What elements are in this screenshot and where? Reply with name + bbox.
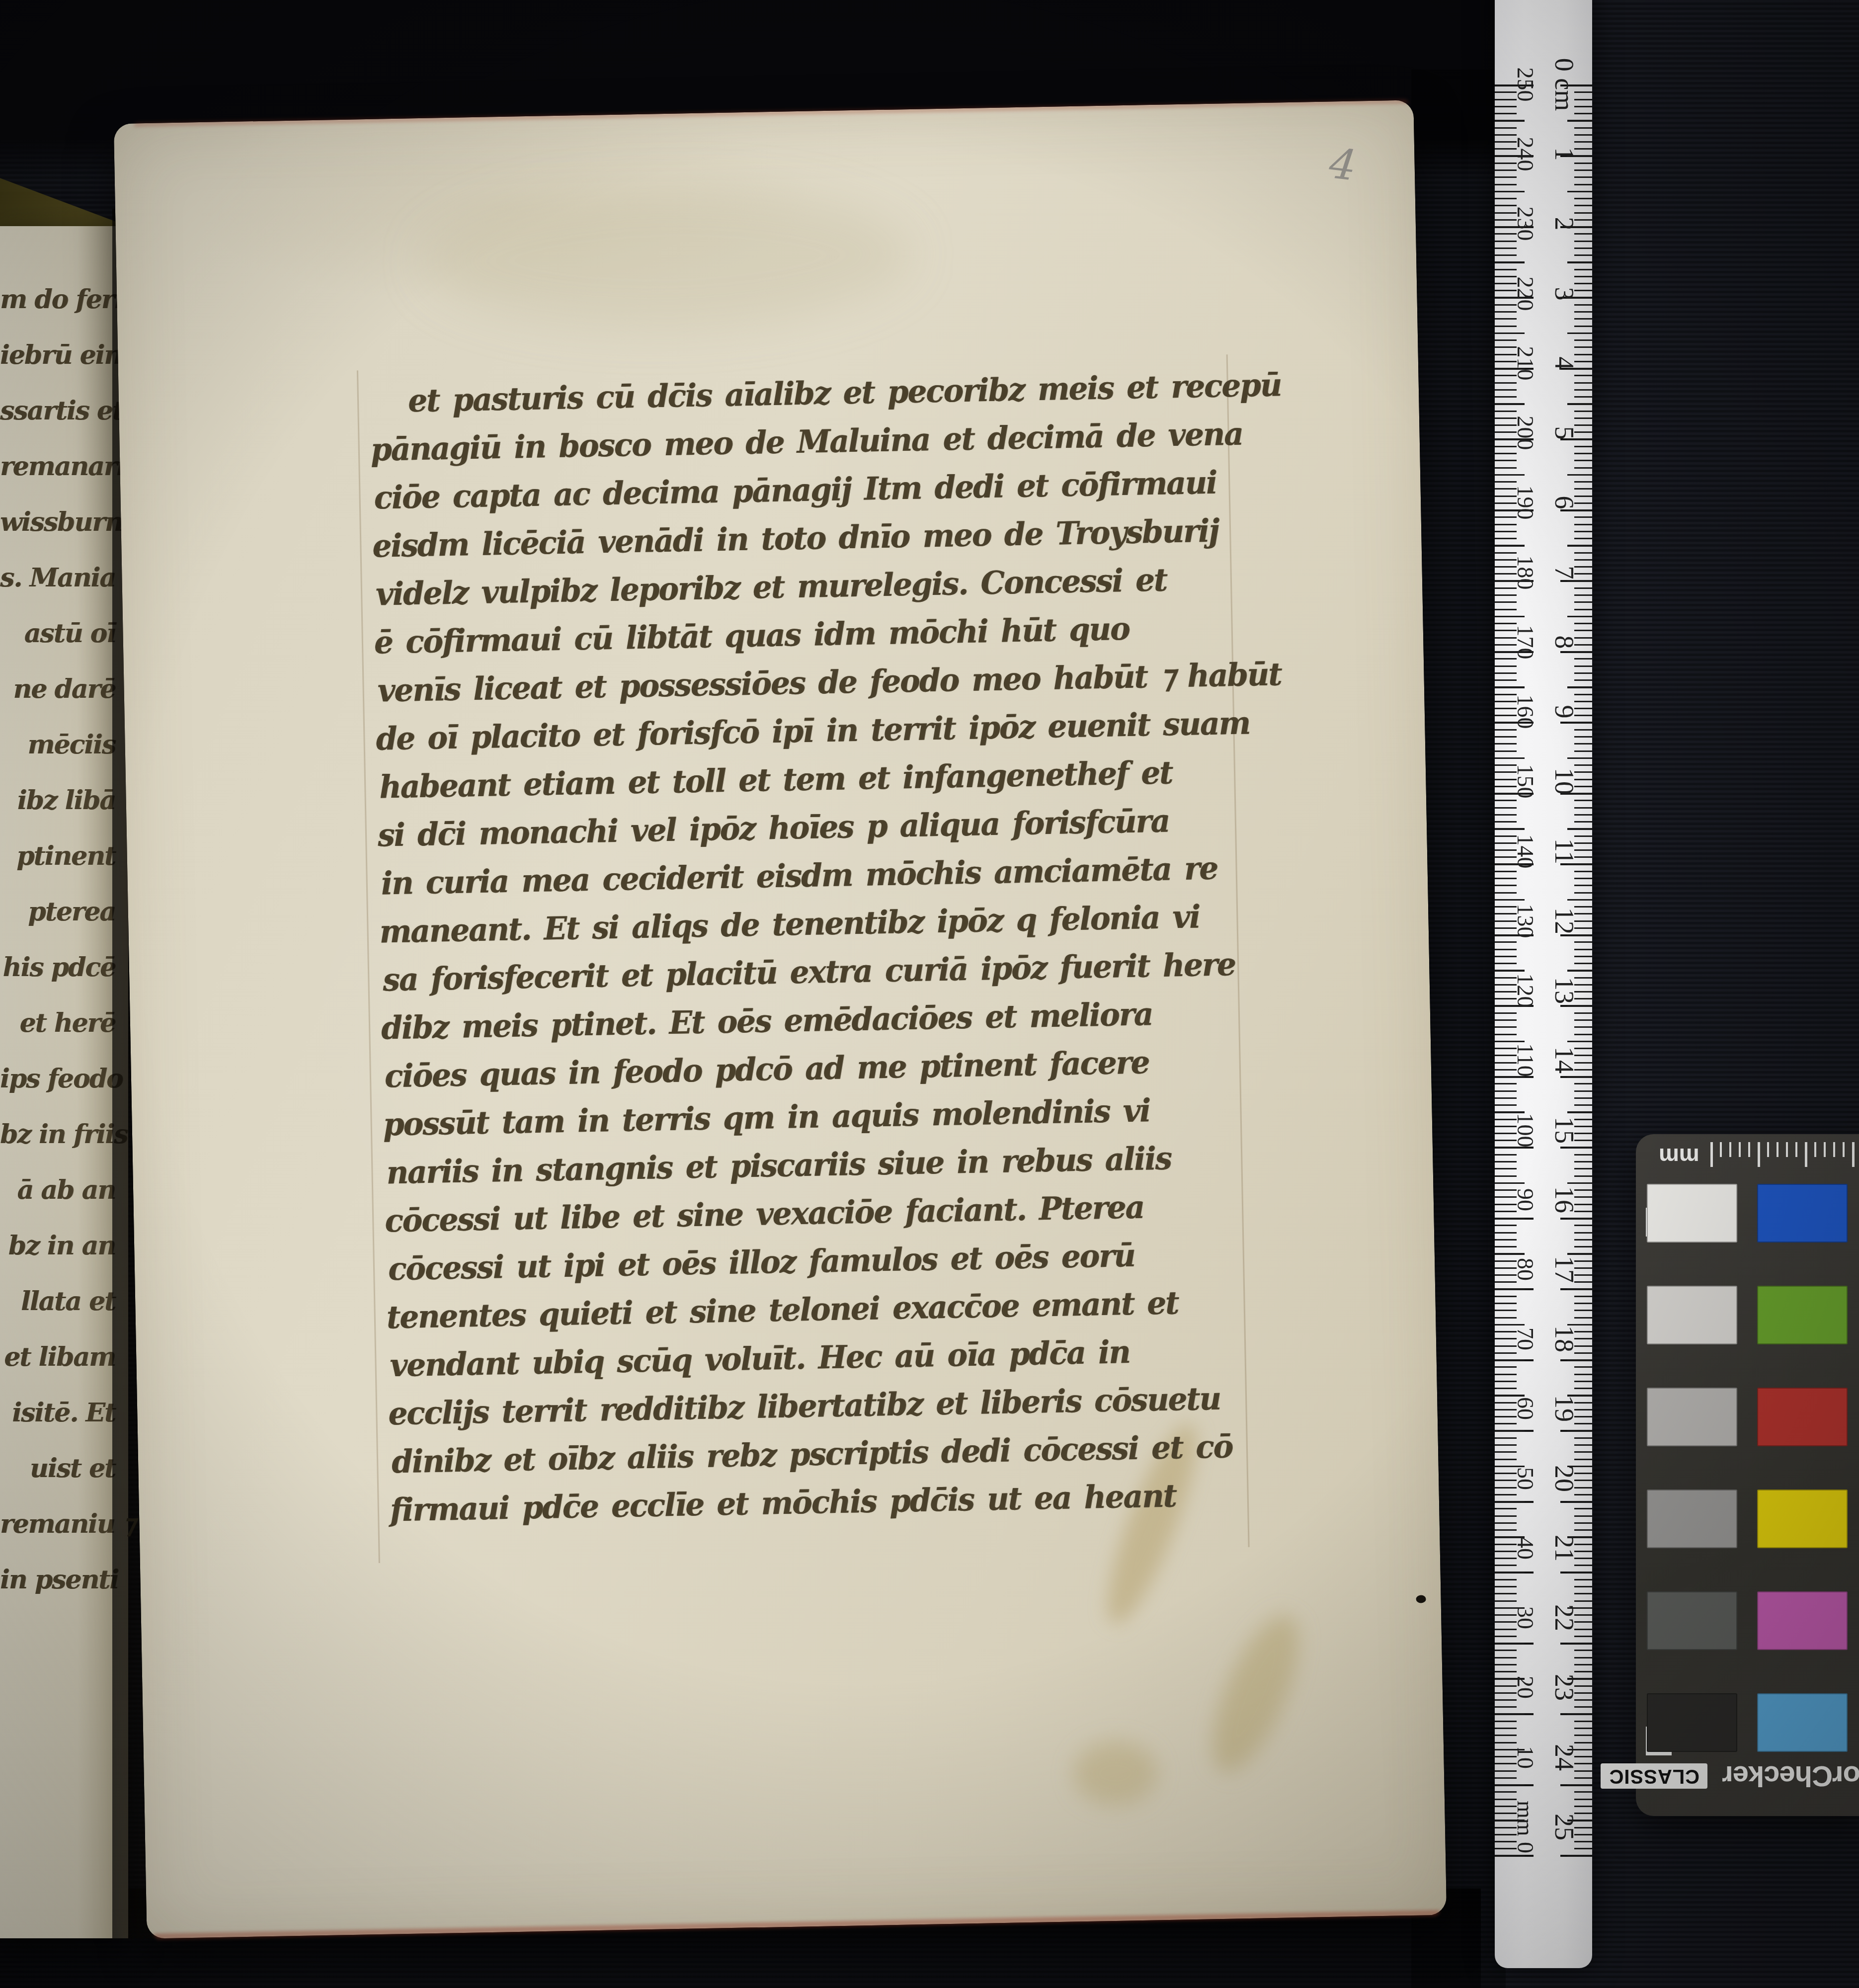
ruler-mm-label: 30	[1512, 1604, 1539, 1632]
ruler-cm-label: 20	[1550, 1465, 1578, 1492]
drip-stain	[1073, 1740, 1158, 1806]
colorchecker-patch-grid	[1647, 1184, 1848, 1752]
facing-page-line-fragment: isitē. Et	[0, 1385, 115, 1441]
facing-page-line-fragment: his pdcē	[0, 940, 115, 995]
facing-page-line-fragment: uist et	[0, 1441, 115, 1496]
ruler-cm-label: 13	[1550, 977, 1578, 1004]
ruler-mm-label: 240	[1512, 140, 1539, 168]
ruler-mm-label: 230	[1512, 210, 1539, 238]
ruler-mm-label: 20	[1512, 1673, 1539, 1701]
facing-page-line-fragment: ā ab an	[0, 1162, 115, 1218]
color-patch-light-gray	[1647, 1286, 1737, 1344]
ruler-cm-label: 1	[1550, 140, 1578, 168]
ruler-cm-label: 9	[1550, 698, 1578, 726]
ruler-cm-label: 25	[1550, 1813, 1578, 1841]
colorchecker-classic-badge: CLASSIC	[1601, 1764, 1708, 1789]
ruler-mm-label: 80	[1512, 1255, 1539, 1283]
color-patch-green	[1757, 1286, 1848, 1344]
facing-page-line-fragment: ne darē	[0, 662, 115, 717]
drip-stain	[1195, 1604, 1316, 1783]
ruler-cm-label: 7	[1550, 559, 1578, 586]
color-patch-white	[1647, 1184, 1737, 1242]
ruler-cm-label: 18	[1550, 1325, 1578, 1353]
ruler-mm-label: 250	[1512, 71, 1539, 98]
ruler-cm-label: 10	[1550, 767, 1578, 795]
facing-page-line-fragment: mēciis	[0, 717, 115, 773]
ruler-cm-label: 3	[1550, 280, 1578, 308]
ruler-cm-label: 23	[1550, 1673, 1578, 1701]
ruler-cm-label: 12	[1550, 907, 1578, 935]
ruler-mm-label: 90	[1512, 1186, 1539, 1214]
facing-page-line-fragment: ibz libā	[0, 773, 115, 828]
manuscript-page: 4 et pasturis cū dc̄is aīalibz et pecori…	[114, 100, 1447, 1938]
folio-number: 4	[1326, 139, 1359, 190]
facing-page-line-fragment: ptinent	[0, 828, 115, 884]
ruler-cm-label: 5	[1550, 419, 1578, 447]
ruler-mm-label: 130	[1512, 907, 1539, 935]
ruler-cm-label: 21	[1550, 1534, 1578, 1562]
measurement-ruler: 2502402302202102001901801701601501401301…	[1495, 0, 1592, 1968]
facing-page-line-fragment: m do fermē	[0, 272, 115, 328]
facing-page-line-fragment: s. Mania	[0, 550, 115, 606]
facing-page-line-fragment: et libam	[0, 1329, 115, 1385]
color-patch-black	[1647, 1693, 1737, 1752]
ruler-cm-label: 17	[1550, 1255, 1578, 1283]
ruler-cm-label: 15	[1550, 1116, 1578, 1144]
ruler-mm-label: 100	[1512, 1116, 1539, 1144]
ruler-cm-label: 11	[1550, 837, 1578, 865]
ruler-mm-label: 120	[1512, 977, 1539, 1004]
colorchecker-card: mm orChecker CLASSIC	[1636, 1134, 1859, 1816]
ruler-mm-label: 200	[1512, 419, 1539, 447]
ruler-cm-label: 16	[1550, 1186, 1578, 1214]
facing-page-line-fragment: ssartis et	[0, 383, 115, 439]
ruler-mm-label: 140	[1512, 837, 1539, 865]
ruler-mm-label: 160	[1512, 698, 1539, 726]
ruler-mm-scale-labels: 2502402302202102001901801701601501401301…	[1512, 71, 1539, 1841]
ruler-mm-label: 180	[1512, 559, 1539, 586]
facing-page-line-fragment: ips feodo	[0, 1051, 115, 1107]
facing-page-line-fragment: iebrū einst	[0, 328, 115, 383]
ruler-mm-label: 110	[1512, 1046, 1539, 1074]
color-patch-cyan	[1757, 1693, 1848, 1752]
color-patch-mid-gray	[1647, 1490, 1737, 1548]
facing-page-line-fragment: in psenti	[0, 1552, 115, 1608]
facing-page-line-fragment: remaniu ⁊	[0, 1496, 115, 1552]
ruler-cm-scale-labels: 0 cm123456789101112131415161718192021222…	[1550, 71, 1578, 1841]
color-patch-blue	[1757, 1184, 1848, 1242]
facing-page-line-fragment: pterea	[0, 884, 115, 940]
facing-page-line-fragment: llata et	[0, 1274, 115, 1329]
ruler-mm-label: 170	[1512, 628, 1539, 656]
ruler-cm-label: 22	[1550, 1604, 1578, 1632]
ruler-cm-label: 24	[1550, 1743, 1578, 1771]
facing-page-text-fragments: m do fermēiebrū einstssartis etremanari …	[0, 272, 115, 1608]
damp-stain	[423, 184, 912, 332]
colorchecker-brand-row: orChecker CLASSIC	[1636, 1756, 1859, 1796]
ruler-mm-label: 50	[1512, 1465, 1539, 1492]
ruler-cm-label: 6	[1550, 489, 1578, 516]
ruler-mm-label: 150	[1512, 767, 1539, 795]
ruler-cm-label: 2	[1550, 210, 1578, 238]
ruler-mm-label: 70	[1512, 1325, 1539, 1353]
ruler-cm-label: 14	[1550, 1046, 1578, 1074]
ruler-mm-label: 60	[1512, 1395, 1539, 1422]
facing-page-line-fragment: bz in friis	[0, 1107, 115, 1162]
color-patch-magenta	[1757, 1591, 1848, 1650]
facing-page-line-fragment: wissburne	[0, 495, 115, 550]
ruler-mm-label: 220	[1512, 280, 1539, 308]
facing-page-line-fragment: remanari p	[0, 439, 115, 495]
ruler-cm-label: 4	[1550, 349, 1578, 377]
color-patch-dark-gray	[1647, 1591, 1737, 1650]
color-patch-gray	[1647, 1388, 1737, 1446]
colorchecker-mm-ticks-major	[1710, 1142, 1859, 1167]
ruler-cm-label: 8	[1550, 628, 1578, 656]
facing-page-sliver: m do fermēiebrū einstssartis etremanari …	[0, 226, 128, 1938]
ruler-mm-label: 10	[1512, 1743, 1539, 1771]
ruler-cm-label: 19	[1550, 1395, 1578, 1422]
ink-spot	[1416, 1595, 1426, 1603]
manuscript-text-block: et pasturis cū dc̄is aīalibz et pecoribz…	[369, 362, 1255, 1534]
ruler-cm-label: 0 cm	[1550, 71, 1578, 98]
ruler-mm-label: 210	[1512, 349, 1539, 377]
ruler-mm-label: mm 0	[1512, 1813, 1539, 1841]
colorchecker-mm-unit-label: mm	[1659, 1143, 1699, 1170]
colorchecker-brand-text: orChecker	[1722, 1760, 1859, 1793]
ruler-mm-label: 40	[1512, 1534, 1539, 1562]
facing-page-line-fragment: astū oī	[0, 606, 115, 662]
color-patch-red	[1757, 1388, 1848, 1446]
ruler-mm-label: 190	[1512, 489, 1539, 516]
facing-page-line-fragment: bz in an	[0, 1218, 115, 1274]
color-patch-yellow	[1757, 1490, 1848, 1548]
facing-page-line-fragment: et herē	[0, 995, 115, 1051]
